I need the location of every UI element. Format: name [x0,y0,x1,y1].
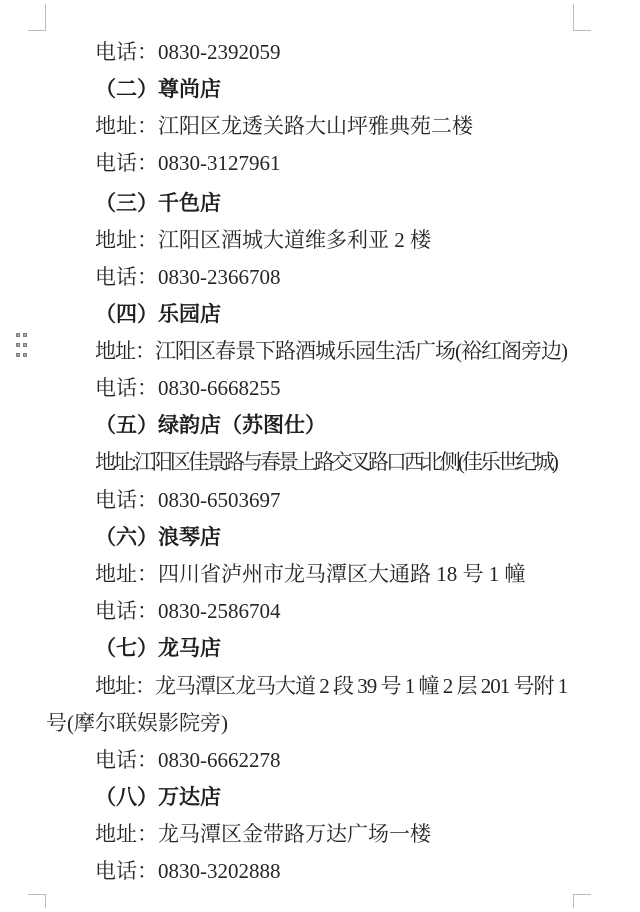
drag-dot [23,343,27,347]
phone-line: 电话：0830-6662278 [95,748,281,772]
drag-handle-icon[interactable] [16,333,27,357]
drag-dot [16,343,20,347]
address-line: 地址：龙马潭区龙马大道 2 段 39 号 1 幢 2 层 201 号附 1 [95,674,567,698]
page-margin-mark-top-right [573,4,591,31]
section-heading: （五）绿韵店（苏图仕） [95,413,326,437]
phone-line: 电话：0830-2586704 [95,599,281,623]
address-line: 地址：四川省泸州市龙马潭区大通路 18 号 1 幢 [95,562,526,586]
phone-line: 电话：0830-6503697 [95,488,281,512]
address-line: 地址：江阳区酒城大道维多利亚 2 楼 [95,228,431,252]
document-page: 电话：0830-2392059 （二）尊尚店 地址：江阳区龙透关路大山坪雅典苑二… [0,0,640,912]
page-margin-mark-bottom-right [573,894,591,908]
phone-line: 电话：0830-3202888 [95,859,281,883]
section-heading: （八）万达店 [95,785,221,809]
address-line: 地址：江阳区龙透关路大山坪雅典苑二楼 [95,114,473,138]
section-heading: （二）尊尚店 [95,77,221,101]
address-line: 地址：江阳区春景下路酒城乐园生活广场(裕红阁旁边) [95,339,567,363]
page-margin-mark-bottom-left [28,894,46,908]
phone-line: 电话：0830-6668255 [95,376,281,400]
section-heading: （四）乐园店 [95,302,221,326]
drag-dot [16,333,20,337]
drag-dot [23,353,27,357]
phone-line: 电话：0830-2392059 [95,40,281,64]
section-heading: （六）浪琴店 [95,525,221,549]
address-line: 地址:江阳区佳景路与春景上路交叉路口西北侧(佳乐世纪城) [95,450,556,474]
drag-dot [23,333,27,337]
address-wrap-line: 号(摩尔联娱影院旁) [46,711,228,735]
section-heading: （七）龙马店 [95,636,221,660]
phone-line: 电话：0830-3127961 [95,151,281,175]
address-line: 地址：龙马潭区金带路万达广场一楼 [95,822,431,846]
section-heading: （三）千色店 [95,191,221,215]
phone-line: 电话：0830-2366708 [95,265,281,289]
page-margin-mark-top-left [28,4,46,31]
drag-dot [16,353,20,357]
